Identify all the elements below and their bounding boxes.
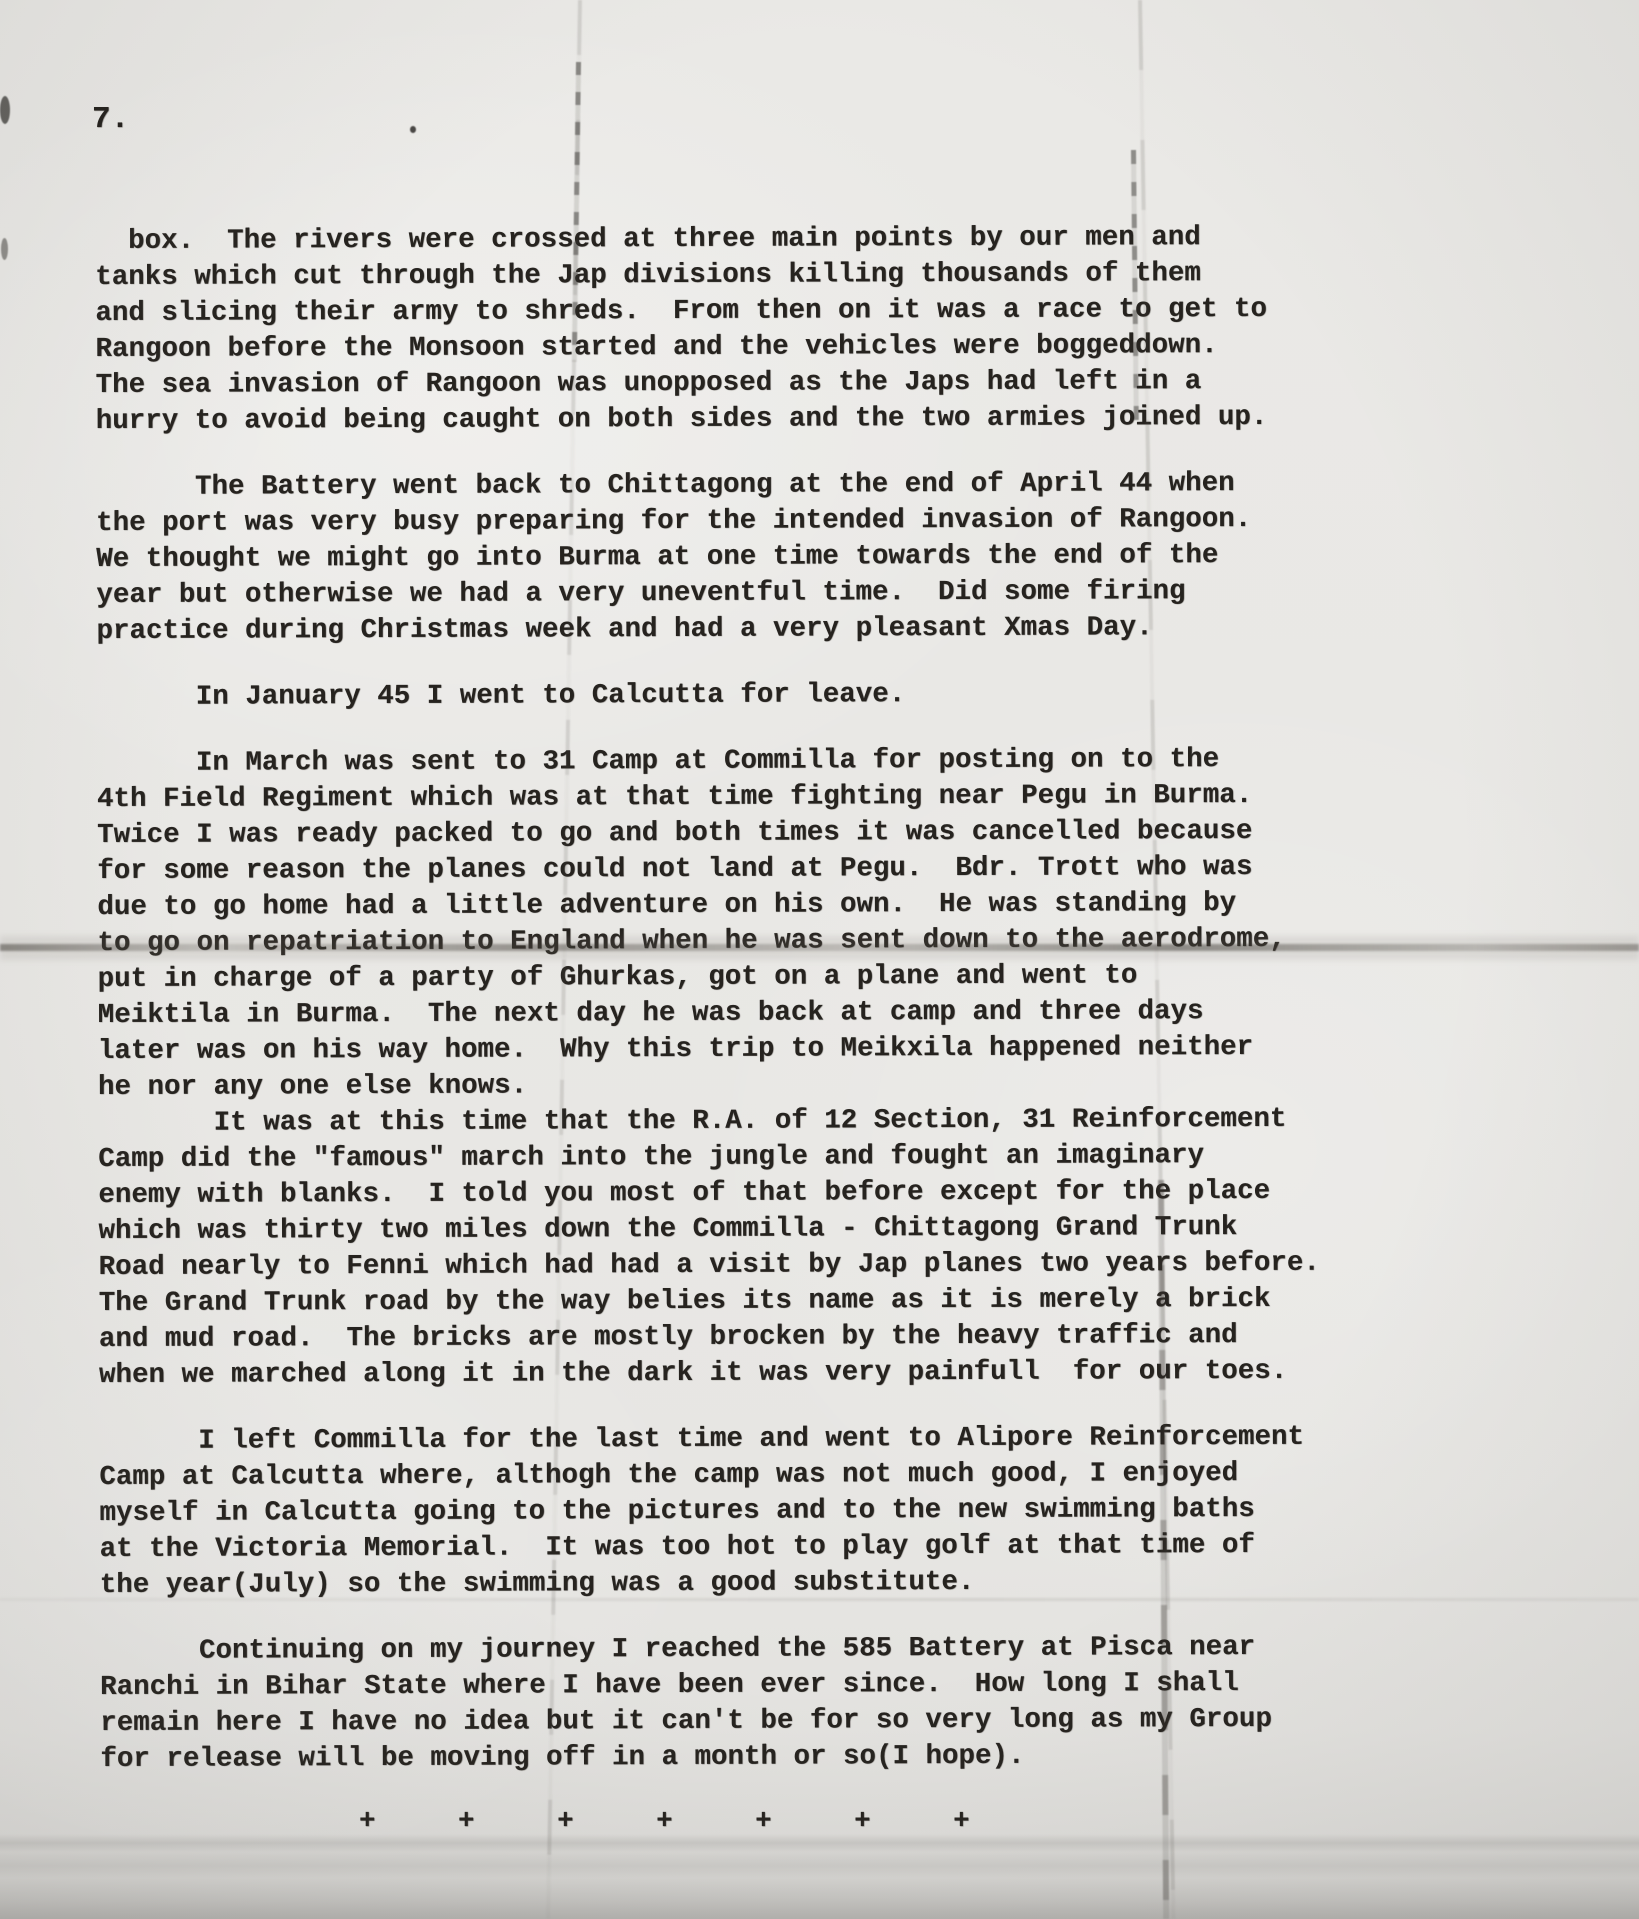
text-line: It was at this time that the R.A. of 12 … bbox=[98, 1102, 1319, 1142]
text-line: the year(July) so the swimming was a goo… bbox=[100, 1564, 1321, 1604]
text-line: year but otherwise we had a very unevent… bbox=[96, 574, 1317, 614]
text-line: box. The rivers were crossed at three ma… bbox=[95, 220, 1316, 260]
text-line: myself in Calcutta going to the pictures… bbox=[99, 1492, 1320, 1532]
paragraph: Continuing on my journey I reached the 5… bbox=[100, 1630, 1322, 1778]
ink-mark bbox=[0, 96, 10, 124]
text-line: practice during Christmas week and had a… bbox=[96, 610, 1317, 650]
text-line: The Battery went back to Chittagong at t… bbox=[96, 466, 1317, 506]
text-line: tanks which cut through the Jap division… bbox=[95, 256, 1316, 296]
text-line: Camp did the "famous" march into the jun… bbox=[98, 1138, 1319, 1178]
paragraph: In March was sent to 31 Camp at Commilla… bbox=[97, 742, 1320, 1394]
text-line: Meiktila in Burma. The next day he was b… bbox=[98, 994, 1319, 1034]
paragraph: box. The rivers were crossed at three ma… bbox=[95, 220, 1317, 440]
text-line: hurry to avoid being caught on both side… bbox=[96, 400, 1317, 440]
text-line: later was on his way home. Why this trip… bbox=[98, 1030, 1319, 1070]
scanned-letter-page: 7. box. The rivers were crossed at three… bbox=[0, 0, 1639, 1919]
paragraph: The Battery went back to Chittagong at t… bbox=[96, 466, 1318, 650]
text-line: Continuing on my journey I reached the 5… bbox=[100, 1630, 1321, 1670]
text-line: for release will be moving off in a mont… bbox=[100, 1738, 1321, 1778]
text-line: due to go home had a little adventure on… bbox=[97, 886, 1318, 926]
text-line: We thought we might go into Burma at one… bbox=[96, 538, 1317, 578]
ink-mark bbox=[1, 238, 8, 260]
text-line: he nor any one else knows. bbox=[98, 1066, 1319, 1106]
text-line: remain here I have no idea but it can't … bbox=[100, 1702, 1321, 1742]
text-line: and mud road. The bricks are mostly broc… bbox=[99, 1318, 1320, 1358]
text-line: and slicing their army to shreds. From t… bbox=[95, 292, 1316, 332]
text-line: at the Victoria Memorial. It was too hot… bbox=[100, 1528, 1321, 1568]
text-line: The Grand Trunk road by the way belies i… bbox=[99, 1282, 1320, 1322]
text-line: Road nearly to Fenni which had had a vis… bbox=[99, 1246, 1320, 1286]
text-line: put in charge of a party of Ghurkas, got… bbox=[98, 958, 1319, 998]
text-line: to go on repatriation to England when he… bbox=[97, 922, 1318, 962]
text-line: Twice I was ready packed to go and both … bbox=[97, 814, 1318, 854]
paragraph: In January 45 I went to Calcutta for lea… bbox=[97, 676, 1318, 716]
text-line: In January 45 I went to Calcutta for lea… bbox=[97, 676, 1318, 716]
text-line: The sea invasion of Rangoon was unoppose… bbox=[96, 364, 1317, 404]
plus-separator: + + + + + + + bbox=[95, 1804, 970, 1840]
page-number: 7. bbox=[92, 102, 129, 137]
text-line: the port was very busy preparing for the… bbox=[96, 502, 1317, 542]
text-line: for some reason the planes could not lan… bbox=[97, 850, 1318, 890]
text-line: Camp at Calcutta where, althogh the camp… bbox=[99, 1456, 1320, 1496]
paragraph: I left Commilla for the last time and we… bbox=[99, 1420, 1321, 1604]
text-line: when we marched along it in the dark it … bbox=[99, 1354, 1320, 1394]
text-line: In March was sent to 31 Camp at Commilla… bbox=[97, 742, 1318, 782]
text-line: Rangoon before the Monsoon started and t… bbox=[95, 328, 1316, 368]
text-line: I left Commilla for the last time and we… bbox=[99, 1420, 1320, 1460]
bottom-edge-shading bbox=[0, 1834, 1639, 1919]
text-line: which was thirty two miles down the Comm… bbox=[98, 1210, 1319, 1250]
text-line: 4th Field Regiment which was at that tim… bbox=[97, 778, 1318, 818]
ink-mark bbox=[410, 126, 416, 133]
text-line: Ranchi in Bihar State where I have been … bbox=[100, 1666, 1321, 1706]
text-line: enemy with blanks. I told you most of th… bbox=[98, 1174, 1319, 1214]
letter-body: box. The rivers were crossed at three ma… bbox=[95, 220, 1322, 1778]
